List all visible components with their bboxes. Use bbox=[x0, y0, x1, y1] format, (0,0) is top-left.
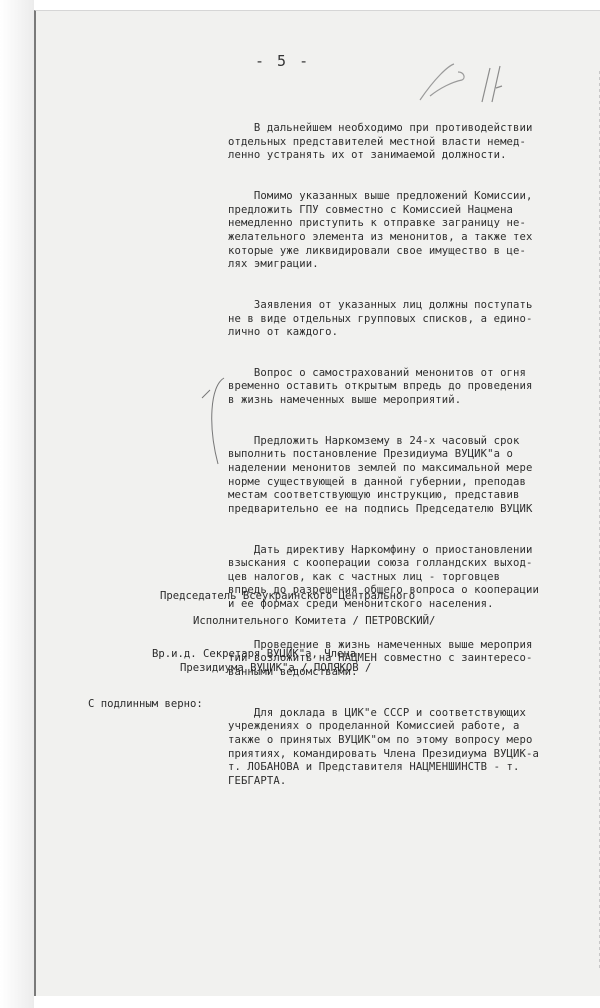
secretary-name: Президиума ВУЦИК"а / ПОЛЯКОВ / bbox=[180, 662, 371, 674]
binding-gutter bbox=[0, 0, 34, 1008]
paragraph: Помимо указанных выше предложений Комисс… bbox=[228, 190, 600, 272]
paragraph: Предложить Наркомзему в 24-х часовый сро… bbox=[228, 435, 600, 517]
page-number: - 5 - bbox=[255, 52, 310, 70]
document-body: В дальнейшем необходимо при противодейст… bbox=[228, 95, 600, 802]
chairman-name: Исполнительного Комитета / ПЕТРОВСКИЙ/ bbox=[193, 615, 435, 627]
certification-note: С подлинным верно: bbox=[88, 698, 203, 710]
secretary-title: Вр.и.д. Секретаря ВУЦИК"а, Члена bbox=[152, 648, 356, 660]
paragraph: Вопрос о самострахований менонитов от ог… bbox=[228, 367, 600, 408]
chairman-title: Председатель Всеукраинского Центрального bbox=[160, 590, 415, 602]
paragraph: Для доклада в ЦИК"е СССР и соответствующ… bbox=[228, 707, 600, 789]
paragraph: Заявления от указанных лиц должны поступ… bbox=[228, 299, 600, 340]
margin-bracket-mark bbox=[198, 376, 228, 466]
paragraph: В дальнейшем необходимо при противодейст… bbox=[228, 122, 600, 163]
